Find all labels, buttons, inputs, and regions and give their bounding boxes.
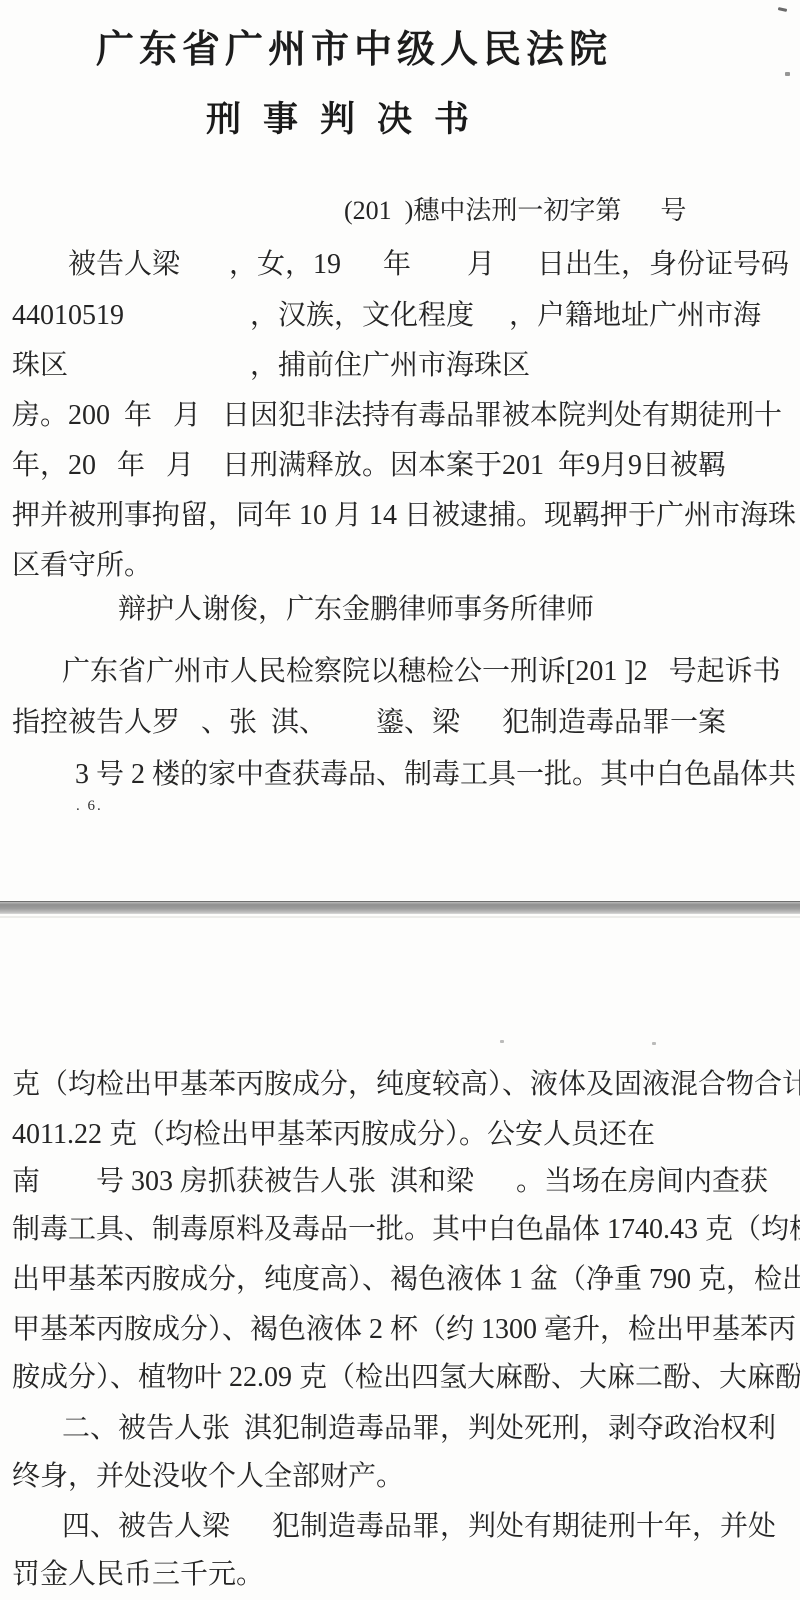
arrest-line: 押并被刑事拘留，同年 10 月 14 日被逮捕。现羁押于广州市海珠 bbox=[12, 499, 796, 533]
page-break-divider bbox=[0, 901, 800, 914]
scan-speck bbox=[785, 72, 790, 76]
meth-content-line: 克（均检出甲基苯丙胺成分，纯度较高）、液体及固液混合物合计 bbox=[12, 1068, 800, 1102]
page-number: . 6. bbox=[76, 798, 103, 815]
page-break-shadow bbox=[0, 916, 800, 918]
custody-line: 区看守所。 bbox=[12, 549, 152, 583]
brown-liquid-cups-line: 甲基苯丙胺成分）、褐色液体 2 杯（约 1300 毫升，检出甲基苯丙 bbox=[12, 1313, 796, 1347]
brown-liquid-basin-line: 出甲基苯丙胺成分，纯度高）、褐色液体 1 盆（净重 790 克，检出 bbox=[12, 1263, 800, 1297]
accused-list-line: 指控被告人罗 、张 淇、 鎏、梁 犯制造毒品罪一案 bbox=[12, 706, 726, 740]
court-name: 广东省广州市中级人民法院 bbox=[96, 18, 612, 73]
liquid-total-line: 4011.22 克（均检出甲基苯丙胺成分）。公安人员还在 bbox=[12, 1118, 655, 1152]
verdict-item2-line: 二、被告人张 淇犯制造毒品罪，判处死刑，剥夺政治权利 bbox=[62, 1412, 776, 1446]
seizure-crystal-line: 3 号 2 楼的家中查获毒品、制毒工具一批。其中白色晶体共 1402.14 bbox=[75, 758, 800, 792]
plant-leaf-line: 胺成分）、植物叶 22.09 克（检出四氢大麻酚、大麻二酚、大麻酚 bbox=[12, 1361, 800, 1395]
defendant-intro-line: 被告人梁 ，女，19 年 月 日出生，身份证号码 bbox=[68, 248, 789, 282]
verdict-item4-line: 四、被告人梁 犯制造毒品罪，判处有期徒刑十年，并处 bbox=[62, 1510, 776, 1544]
verdict-item2-cont-line: 终身，并处没收个人全部财产。 bbox=[12, 1460, 404, 1494]
prosecution-line: 广东省广州市人民检察院以穗检公一刑诉[201 ]2 号起诉书 bbox=[62, 655, 781, 689]
release-detention-line: 年，20 年 月 日刑满释放。因本案于201 年9月9日被羁 bbox=[12, 449, 726, 483]
prior-conviction-line: 房。200 年 月 日因犯非法持有毒品罪被本院判处有期徒刑十 bbox=[12, 399, 782, 433]
defender-line: 辩护人谢俊，广东金鹏律师事务所律师 bbox=[118, 593, 594, 627]
arrest-room-line: 南 号 303 房抓获被告人张 淇和梁 。当场在房间内查获 bbox=[12, 1165, 768, 1199]
scan-speck bbox=[778, 7, 787, 12]
case-number: (201 )穗中法刑一初字第 号 bbox=[344, 190, 686, 227]
scan-speck bbox=[652, 1042, 656, 1045]
id-number-line: 44010519 ，汉族，文化程度 ，户籍地址广州市海 bbox=[12, 299, 761, 333]
scan-speck bbox=[500, 1040, 504, 1043]
scanned-judgment-page: 广东省广州市中级人民法院 刑事判决书 (201 )穗中法刑一初字第 号 被告人梁… bbox=[0, 0, 800, 1600]
tools-crystal-line: 制毒工具、制毒原料及毒品一批。其中白色晶体 1740.43 克（均检 bbox=[12, 1213, 800, 1247]
verdict-item4-cont-line: 罚金人民币三千元。 bbox=[12, 1558, 264, 1592]
address-line: 珠区 ，捕前住广州市海珠区 bbox=[12, 349, 530, 383]
document-title: 刑事判决书 bbox=[206, 92, 491, 142]
